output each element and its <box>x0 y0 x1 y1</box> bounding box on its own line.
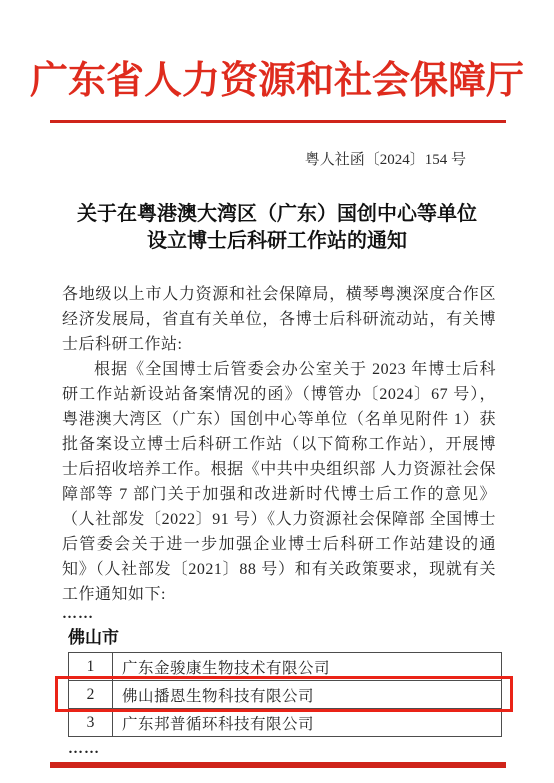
row-number-cell: 2 <box>69 681 113 709</box>
company-name-cell: 广东邦普循环科技有限公司 <box>113 709 502 737</box>
body-paragraph: 根据《全国博士后管委会办公室关于 2023 年博士后科研工作站新设站备案情况的函… <box>62 357 496 607</box>
companies-table: 1 广东金骏康生物技术有限公司 2 佛山播恩生物科技有限公司 3 广东邦普循环科… <box>68 652 502 737</box>
company-name-cell: 佛山播恩生物科技有限公司 <box>113 681 502 709</box>
row-number-cell: 1 <box>69 653 113 681</box>
document-reference-number: 粤人社函〔2024〕154 号 <box>0 151 554 169</box>
table-row: 2 佛山播恩生物科技有限公司 <box>69 681 502 709</box>
footer-double-red-rule <box>50 762 506 768</box>
notice-title: 关于在粤港澳大湾区（广东）国创中心等单位 设立博士后科研工作站的通知 <box>0 201 554 255</box>
header-double-red-rule <box>50 120 506 123</box>
notice-title-line-1: 关于在粤港澳大湾区（广东）国创中心等单位 <box>0 201 554 228</box>
table-row: 3 广东邦普循环科技有限公司 <box>69 709 502 737</box>
ellipsis-bottom: …… <box>68 742 554 757</box>
document-body: 各地级以上市人力资源和社会保障局，横琴粤澳深度合作区经济发展局，省直有关单位，各… <box>62 282 496 607</box>
ellipsis-top: …… <box>62 607 554 622</box>
row-number-cell: 3 <box>69 709 113 737</box>
document-page: 广东省人力资源和社会保障厅 粤人社函〔2024〕154 号 关于在粤港澳大湾区（… <box>0 0 554 783</box>
city-heading: 佛山市 <box>68 627 554 648</box>
notice-title-line-2: 设立博士后科研工作站的通知 <box>0 228 554 255</box>
salutation-paragraph: 各地级以上市人力资源和社会保障局，横琴粤澳深度合作区经济发展局，省直有关单位，各… <box>62 282 496 357</box>
companies-table-wrapper: 1 广东金骏康生物技术有限公司 2 佛山播恩生物科技有限公司 3 广东邦普循环科… <box>68 652 502 737</box>
issuing-authority-title: 广东省人力资源和社会保障厅 <box>0 0 554 110</box>
table-row: 1 广东金骏康生物技术有限公司 <box>69 653 502 681</box>
company-name-cell: 广东金骏康生物技术有限公司 <box>113 653 502 681</box>
